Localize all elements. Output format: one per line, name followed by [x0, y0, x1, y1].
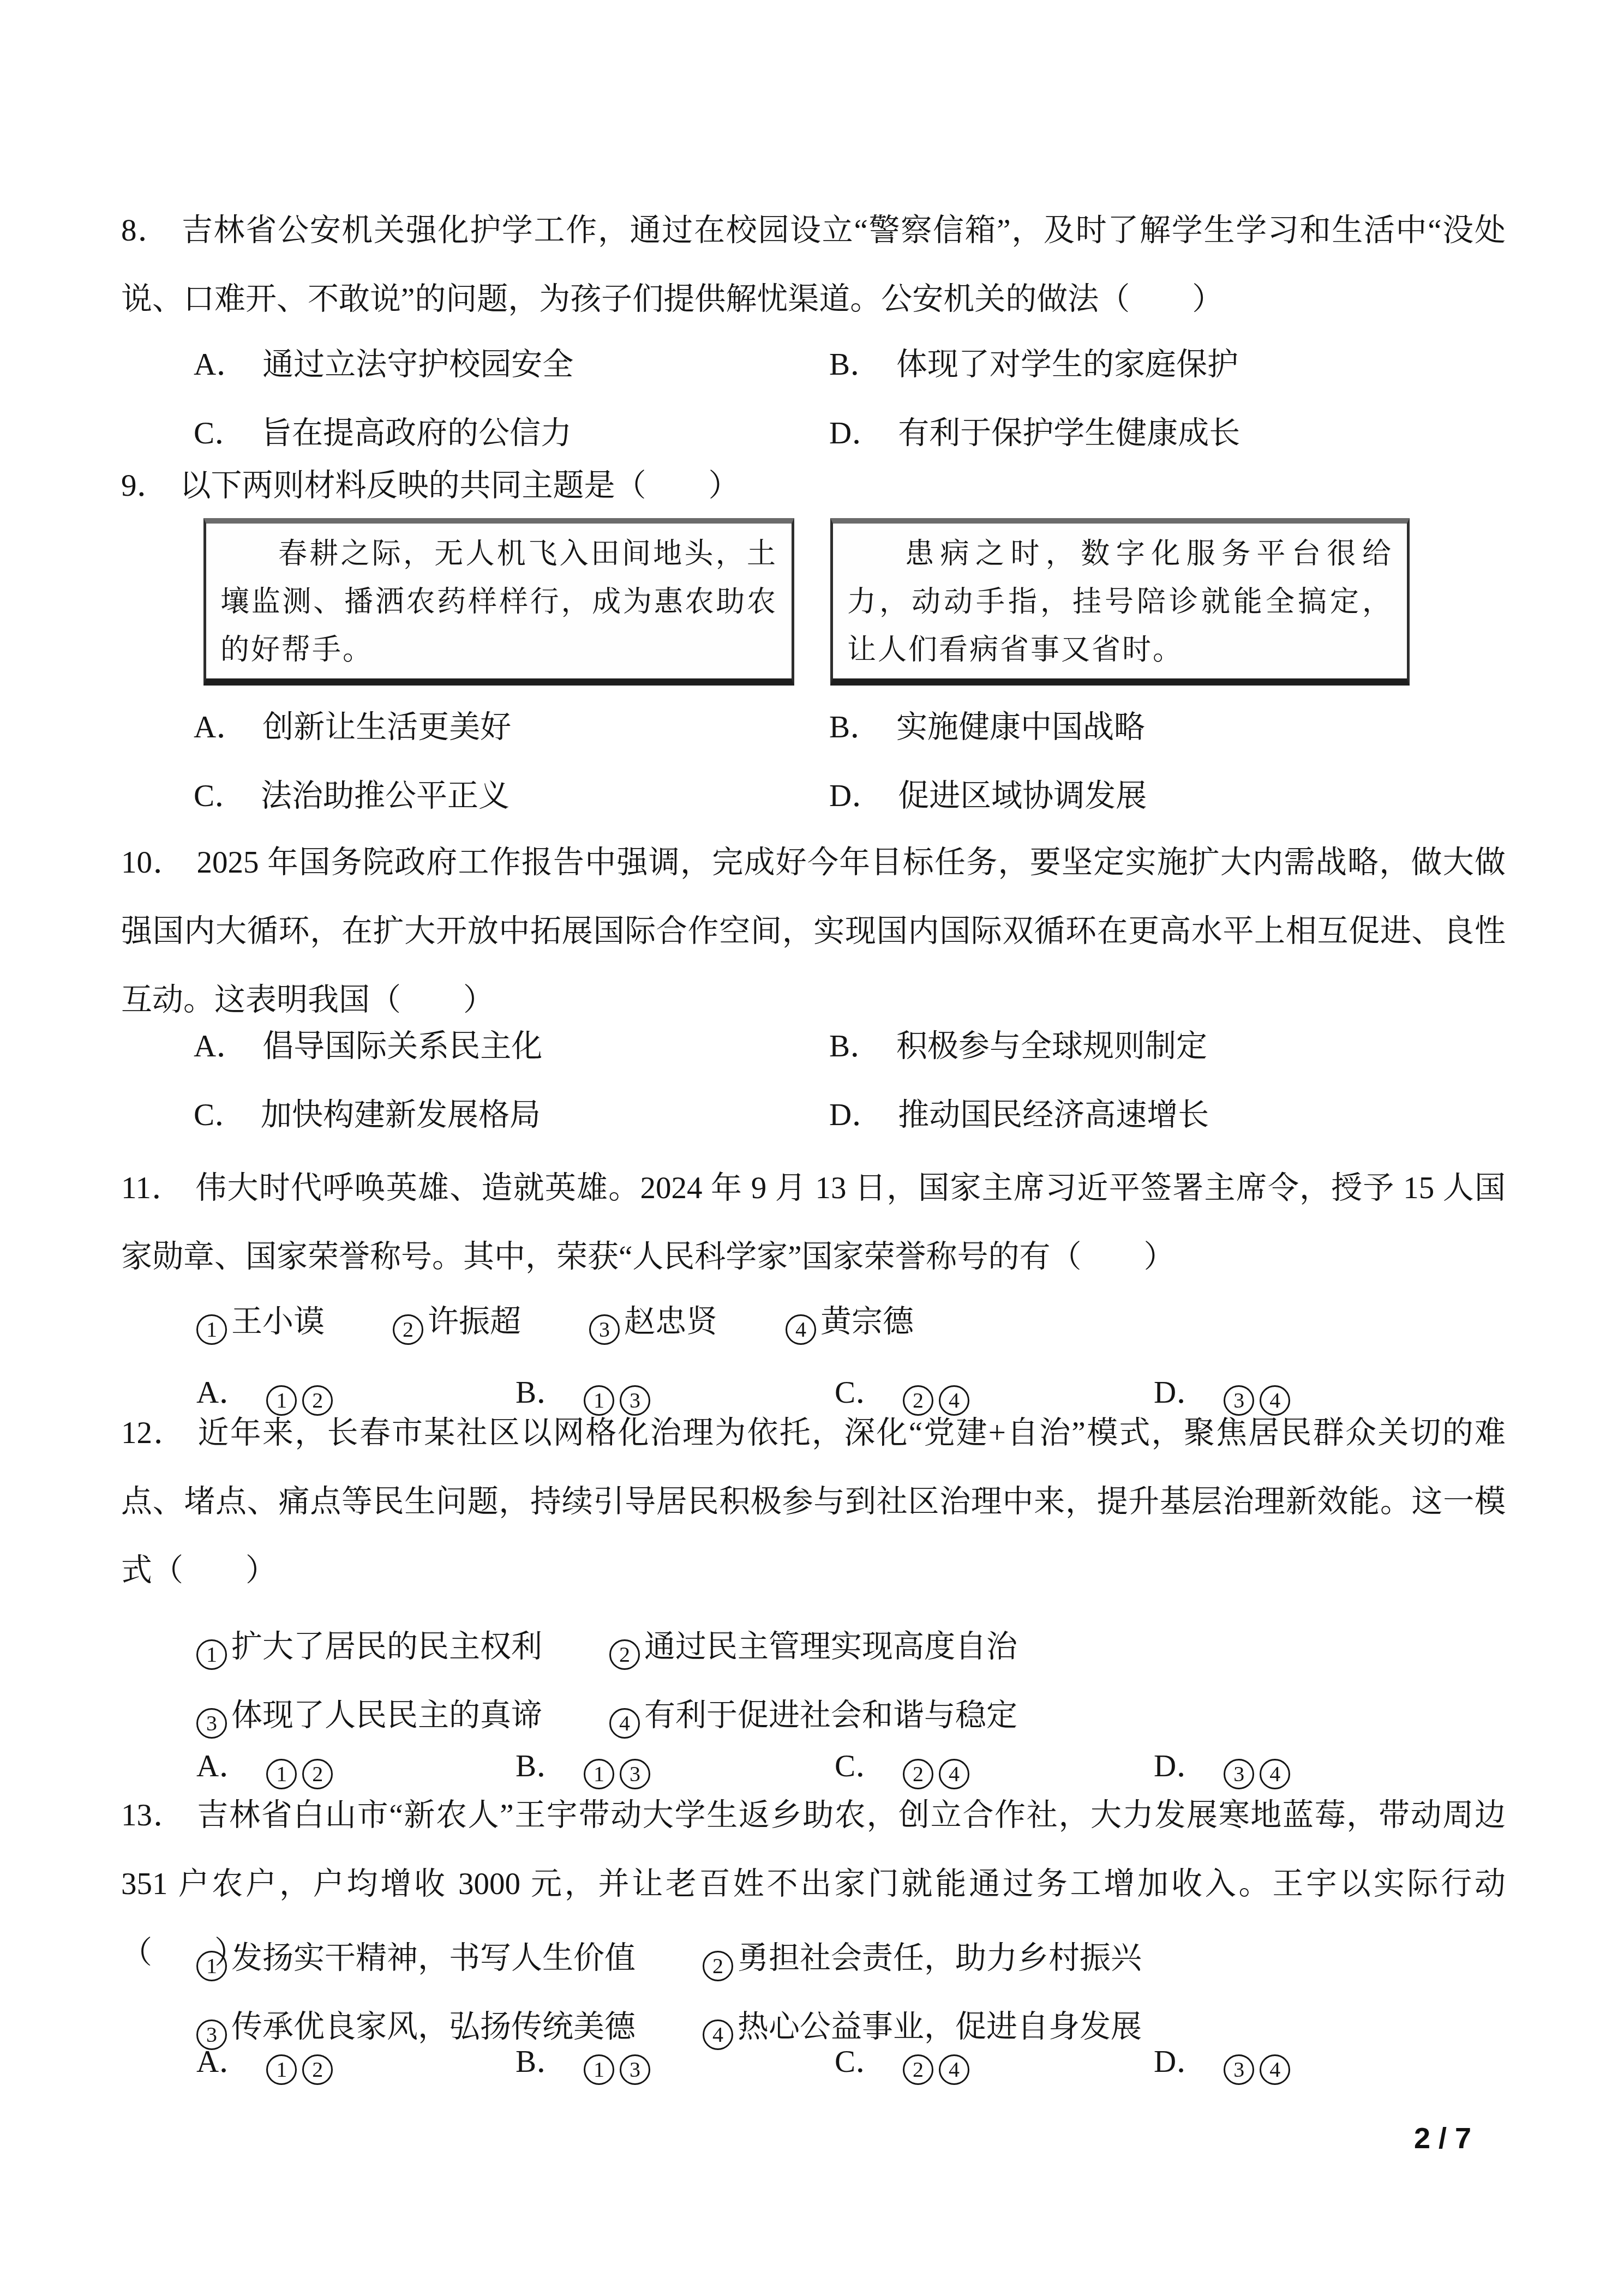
option-row: A．通过立法守护校园安全 B．体现了对学生的家庭保护: [121, 330, 1506, 399]
circled-digit-icon: 2: [302, 2054, 333, 2085]
option-8a: A．通过立法守护校园安全: [194, 330, 829, 399]
question-12-number: 12．: [121, 1416, 185, 1450]
option-row: C．法治助推公平正义 D．促进区域协调发展: [121, 762, 1506, 831]
question-12-stem: 12．近年来，长春市某社区以网格化治理为依托，深化“党建+自治”模式，聚焦居民群…: [121, 1399, 1506, 1605]
option-13c-label: C．: [835, 2045, 886, 2079]
option-9c-text: 法治助推公平正义: [261, 779, 510, 813]
question-12-text: 近年来，长春市某社区以网格化治理为依托，深化“党建+自治”模式，聚焦居民群众关切…: [121, 1416, 1506, 1588]
option-8b-label: B．: [829, 347, 881, 382]
option-13a: A．12: [196, 2028, 516, 2096]
option-row: A．创新让生活更美好 B．实施健康中国战略: [121, 693, 1506, 762]
option-13d: D．34: [1154, 2028, 1295, 2096]
option-10a-label: A．: [194, 1029, 247, 1063]
material-1-text: 春耕之际，无人机飞入田间地头，土壤监测、播洒农药样样行，成为惠农助农的好帮手。: [220, 530, 777, 674]
question-9-options: A．创新让生活更美好 B．实施健康中国战略 C．法治助推公平正义 D．促进区域协…: [121, 693, 1506, 831]
option-9a-label: A．: [194, 710, 247, 744]
question-10-number: 10．: [121, 845, 184, 880]
option-9a: A．创新让生活更美好: [194, 693, 829, 762]
circled-2-icon: 2: [703, 1951, 733, 1981]
exam-page: 8．吉林省公安机关强化护学工作，通过在校园设立“警察信箱”，及时了解学生学习和生…: [0, 0, 1624, 2296]
option-9d-label: D．: [829, 779, 883, 813]
option-9d-text: 促进区域协调发展: [898, 779, 1147, 813]
option-12d-label: D．: [1154, 1749, 1207, 1783]
question-13-options: A．12 B．13 C．24 D．34: [121, 2028, 1506, 2096]
option-9d: D．促进区域协调发展: [829, 762, 1506, 831]
circled-1-icon: 1: [196, 1314, 227, 1345]
option-9c: C．法治助推公平正义: [194, 762, 829, 831]
option-10d-label: D．: [829, 1098, 883, 1132]
option-9a-text: 创新让生活更美好: [262, 710, 511, 744]
option-13c: C．24: [835, 2028, 1154, 2096]
question-10-stem: 10．2025 年国务院政府工作报告中强调，完成好今年目标任务，要坚定实施扩大内…: [121, 828, 1506, 1035]
circled-digit-icon: 4: [1260, 2054, 1290, 2085]
circled-digit-icon: 3: [1224, 2054, 1254, 2085]
material-box-1: 春耕之际，无人机飞入田间地头，土壤监测、播洒农药样样行，成为惠农助农的好帮手。: [203, 518, 794, 686]
option-8b: B．体现了对学生的家庭保护: [829, 330, 1506, 399]
item-row: 1扩大了居民的民主权利 2通过民主管理实现高度自治: [121, 1613, 1506, 1681]
option-10c: C．加快构建新发展格局: [194, 1081, 829, 1150]
item-2: 2许振超: [393, 1288, 589, 1356]
option-10b-text: 积极参与全球规则制定: [896, 1029, 1207, 1063]
item-row: 1发扬实干精神，书写人生价值 2勇担社会责任，助力乡村振兴: [121, 1924, 1506, 1993]
item-2: 2勇担社会责任，助力乡村振兴: [703, 1924, 1142, 1993]
question-8-options: A．通过立法守护校园安全 B．体现了对学生的家庭保护 C．旨在提高政府的公信力 …: [121, 330, 1506, 468]
circled-digit-icon: 1: [584, 2054, 614, 2085]
option-13b: B．13: [516, 2028, 835, 2096]
item-1: 1发扬实干精神，书写人生价值: [196, 1924, 703, 1993]
option-12b-label: B．: [516, 1749, 567, 1783]
option-8c-label: C．: [194, 416, 245, 450]
item-1-text: 扩大了居民的民主权利: [231, 1630, 542, 1664]
option-9b-label: B．: [829, 710, 881, 744]
item-2-text: 勇担社会责任，助力乡村振兴: [738, 1941, 1142, 1975]
question-11-text: 伟大时代呼唤英雄、造就英雄。2024 年 9 月 13 日，国家主席习近平签署主…: [121, 1171, 1506, 1274]
item-1: 1王小谟: [196, 1288, 393, 1356]
option-10c-text: 加快构建新发展格局: [261, 1098, 541, 1132]
option-10d-text: 推动国民经济高速增长: [898, 1098, 1209, 1132]
question-9-materials: 春耕之际，无人机飞入田间地头，土壤监测、播洒农药样样行，成为惠农助农的好帮手。 …: [121, 518, 1506, 693]
item-1-text: 发扬实干精神，书写人生价值: [231, 1941, 636, 1975]
question-9-stem: 9．以下两则材料反映的共同主题是（ ）: [121, 452, 1506, 520]
material-2-text: 患病之时，数字化服务平台很给力，动动手指，挂号陪诊就能全搞定，让人们看病省事又省…: [847, 530, 1393, 674]
item-4: 4黄宗德: [786, 1288, 914, 1356]
option-12a-label: A．: [196, 1749, 250, 1783]
circled-2-icon: 2: [393, 1314, 423, 1345]
option-row: A．倡导国际关系民主化 B．积极参与全球规则制定: [121, 1012, 1506, 1081]
option-8b-text: 体现了对学生的家庭保护: [896, 347, 1238, 382]
option-row: C．加快构建新发展格局 D．推动国民经济高速增长: [121, 1081, 1506, 1150]
circled-2-icon: 2: [609, 1639, 640, 1670]
circled-1-icon: 1: [196, 1639, 227, 1670]
item-3: 3赵忠贤: [589, 1288, 786, 1356]
item-3-text: 赵忠贤: [624, 1305, 717, 1339]
circled-3-icon: 3: [589, 1314, 620, 1345]
circled-digit-icon: 4: [939, 2054, 969, 2085]
option-13a-label: A．: [196, 2045, 250, 2079]
question-9-number: 9．: [121, 468, 168, 503]
option-10d: D．推动国民经济高速增长: [829, 1081, 1506, 1150]
question-8-stem: 8．吉林省公安机关强化护学工作，通过在校园设立“警察信箱”，及时了解学生学习和生…: [121, 196, 1506, 334]
option-9b-text: 实施健康中国战略: [896, 710, 1145, 744]
option-9c-label: C．: [194, 779, 245, 813]
option-10a-text: 倡导国际关系民主化: [262, 1029, 542, 1063]
option-8a-text: 通过立法守护校园安全: [262, 347, 573, 382]
question-11-stem: 11．伟大时代呼唤英雄、造就英雄。2024 年 9 月 13 日，国家主席习近平…: [121, 1154, 1506, 1291]
option-8d-label: D．: [829, 416, 883, 450]
item-1-text: 王小谟: [231, 1305, 325, 1339]
item-4-text: 黄宗德: [820, 1305, 914, 1339]
page-number: 2 / 7: [1414, 2119, 1471, 2157]
circled-1-icon: 1: [196, 1951, 227, 1981]
option-8c-text: 旨在提高政府的公信力: [261, 416, 572, 450]
question-8-text: 吉林省公安机关强化护学工作，通过在校园设立“警察信箱”，及时了解学生学习和生活中…: [121, 213, 1506, 316]
question-10-options: A．倡导国际关系民主化 B．积极参与全球规则制定 C．加快构建新发展格局 D．推…: [121, 1012, 1506, 1150]
item-1: 1扩大了居民的民主权利: [196, 1613, 609, 1681]
item-2-text: 许振超: [428, 1305, 521, 1339]
question-13-number: 13．: [121, 1798, 185, 1832]
item-4-text: 有利于促进社会和谐与稳定: [644, 1698, 1017, 1733]
item-3-text: 体现了人民民主的真谛: [231, 1698, 542, 1733]
question-8-number: 8．: [121, 213, 170, 248]
option-8a-label: A．: [194, 347, 247, 382]
option-10b-label: B．: [829, 1029, 881, 1063]
option-9b: B．实施健康中国战略: [829, 693, 1506, 762]
question-11-number: 11．: [121, 1171, 183, 1205]
question-9-text: 以下两则材料反映的共同主题是（ ）: [180, 468, 740, 503]
option-13d-label: D．: [1154, 2045, 1207, 2079]
question-11-items: 1王小谟 2许振超 3赵忠贤 4黄宗德: [121, 1288, 1506, 1356]
circled-4-icon: 4: [786, 1314, 816, 1345]
item-2-text: 通过民主管理实现高度自治: [644, 1630, 1017, 1664]
option-13b-label: B．: [516, 2045, 567, 2079]
circled-digit-icon: 2: [903, 2054, 933, 2085]
item-2: 2通过民主管理实现高度自治: [609, 1613, 1017, 1681]
circled-digit-icon: 1: [266, 2054, 297, 2085]
question-12-items: 1扩大了居民的民主权利 2通过民主管理实现高度自治 3体现了人民民主的真谛 4有…: [121, 1613, 1506, 1750]
material-box-2: 患病之时，数字化服务平台很给力，动动手指，挂号陪诊就能全搞定，让人们看病省事又省…: [830, 518, 1410, 686]
option-10c-label: C．: [194, 1098, 245, 1132]
question-10-text: 2025 年国务院政府工作报告中强调，完成好今年目标任务，要坚定实施扩大内需战略…: [121, 845, 1506, 1017]
option-12c-label: C．: [835, 1749, 886, 1783]
option-8d-text: 有利于保护学生健康成长: [898, 416, 1240, 450]
circled-digit-icon: 3: [620, 2054, 650, 2085]
option-10b: B．积极参与全球规则制定: [829, 1012, 1506, 1081]
option-10a: A．倡导国际关系民主化: [194, 1012, 829, 1081]
